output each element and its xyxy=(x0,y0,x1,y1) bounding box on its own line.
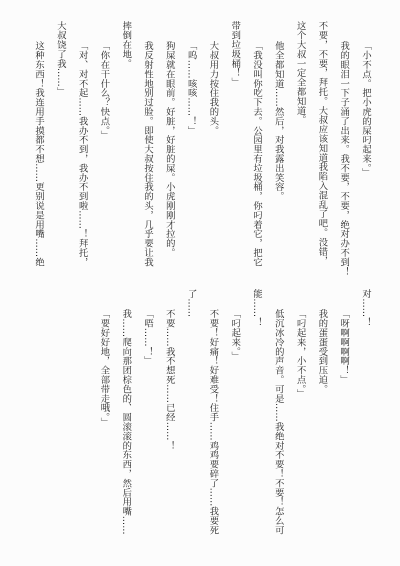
text-column: 「呀啊啊啊啊！」 xyxy=(332,289,354,549)
text-column: 我……爬向那团棕色的、圆滚滚的东西，然后用嘴…… xyxy=(114,289,136,549)
text-column: 不要，不要，拜托。大叔应该知道我陷入混乱了吧。没错， xyxy=(311,21,333,275)
text-column: 「唔……！」 xyxy=(136,289,158,549)
text-column: 不要！好痛！好难受！住手……鸡鸡要碎了……我要死 xyxy=(202,289,224,549)
text-column: 他全都知道……然后，对我露出笑容。 xyxy=(267,21,289,275)
text-column: 这个大叔一定全都知道。 xyxy=(289,21,311,275)
text-column: 狗屎就在眼前。好脏，好脏的屎。小虎刚刚才拉的。 xyxy=(158,21,180,275)
text-column: 不要……我不想死……已经……！ xyxy=(158,289,180,549)
text-column: 我反射性地别过脸。即使大叔按住我的头，几乎要让我 xyxy=(136,21,158,275)
text-column: 我的蛋蛋受到压迫。 xyxy=(311,289,333,549)
text-column: 「要好好地，全部带走哦。」 xyxy=(93,289,115,549)
novel-page: 「小不点。把小虎的屎叼起来。」 我的眼泪一下子涌了出来。我不要，不要，绝对办不到… xyxy=(0,0,400,566)
text-column: 「小不点。把小虎的屎叼起来。」 xyxy=(354,21,376,275)
text-column: 这种东西！我连用手摸都不想……更别说是用嘴……绝 xyxy=(27,21,49,275)
text-column: 「叼起来，小不点。」 xyxy=(289,289,311,549)
text-column: 「呜……咳咳……！」 xyxy=(180,21,202,275)
text-column: 「叼起来。」 xyxy=(223,289,245,549)
text-column: 能……！ xyxy=(245,289,267,549)
text-column: 大叔饶了我……」 xyxy=(49,21,71,275)
text-column: 带到垃圾桶！」 xyxy=(223,21,245,275)
text-column: 摔倒在地。 xyxy=(114,21,136,275)
text-column: 「你在干什么？快点。」 xyxy=(93,21,115,275)
text-block-bottom: 对……！ 「呀啊啊啊啊！」 我的蛋蛋受到压迫。 「叼起来，小不点。」 低沉冰冷的… xyxy=(93,289,376,549)
text-column: 低沉冰冷的声音。可是……我绝对不要！不要！怎么可 xyxy=(267,289,289,549)
text-block-top: 「小不点。把小虎的屎叼起来。」 我的眼泪一下子涌了出来。我不要，不要，绝对办不到… xyxy=(27,21,376,275)
text-column: 我的眼泪一下子涌了出来。我不要，不要，绝对办不到！ xyxy=(332,21,354,275)
text-column: 大叔用力按住我的头。 xyxy=(202,21,224,275)
text-column: 了…… xyxy=(180,289,202,549)
text-column: 「对、对不起……我办不到，我办不到啦……！拜托， xyxy=(71,21,93,275)
text-column: 对……！ xyxy=(354,289,376,549)
text-column: 「我没叫你吃下去。公园里有垃圾桶，你叼着它，把它 xyxy=(245,21,267,275)
